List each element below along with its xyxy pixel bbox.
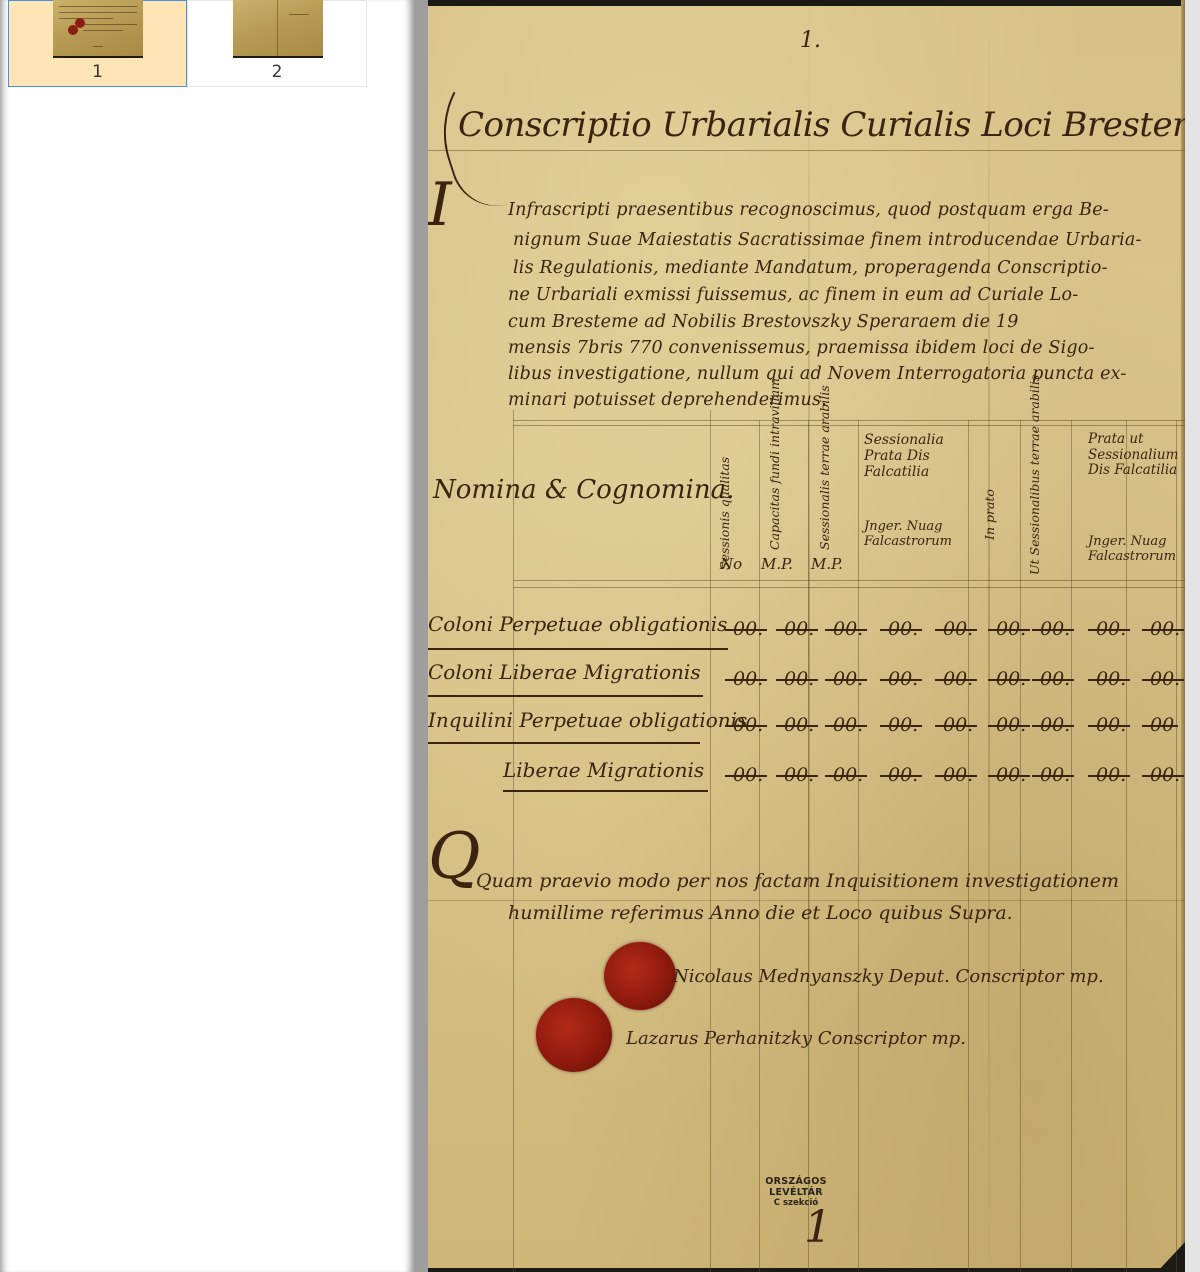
table-cell: 00.	[833, 618, 863, 640]
column-unit: Jnger. Nuag Falcastrorum	[1088, 535, 1180, 565]
body-line: lis Regulationis, mediante Mandatum, pro…	[513, 258, 1108, 278]
row-header-label: Nomina & Cognomina.	[433, 475, 734, 505]
page-scan-edge	[1181, 0, 1185, 1272]
column-header: Sessionis qualitas	[718, 430, 732, 570]
table-cell: 00.	[733, 618, 763, 640]
table-cell: 00.	[1096, 618, 1126, 640]
table-cell: 00.	[833, 764, 863, 786]
text-baseline	[428, 900, 1185, 901]
column-header: Capacitas fundi intravillani	[768, 430, 782, 550]
signature-line: Lazarus Perhanitzky Conscriptor mp.	[626, 1028, 966, 1049]
table-cell: 00.	[943, 668, 973, 690]
page-folio-mark: 1.	[800, 28, 821, 53]
table-cell: 00.	[1150, 668, 1180, 690]
column-unit: No	[720, 555, 742, 573]
table-cell: 00.	[784, 714, 814, 736]
table-rule	[513, 420, 1185, 421]
table-cell: 00.	[1150, 618, 1180, 640]
panel-divider[interactable]	[415, 0, 428, 1272]
signature-line: Nicolaus Mednyanszky Deput. Conscriptor …	[673, 966, 1104, 987]
wax-seal-icon	[536, 998, 612, 1072]
table-rule	[1071, 420, 1072, 1272]
table-rule	[513, 580, 1185, 581]
table-cell: 00.	[1096, 764, 1126, 786]
table-rule	[968, 420, 969, 1272]
table-cell: 00.	[1040, 668, 1070, 690]
table-cell: 00.	[1040, 764, 1070, 786]
table-cell: 00.	[996, 714, 1026, 736]
row-underline	[428, 695, 703, 697]
table-cell: 00.	[833, 668, 863, 690]
table-cell: 00.	[888, 668, 918, 690]
row-label: Inquilini Perpetuae obligationis	[428, 708, 747, 732]
row-label: Liberae Migrationis	[503, 758, 704, 782]
table-cell: 00.	[784, 764, 814, 786]
table-cell: 00.	[784, 668, 814, 690]
table-rule	[513, 410, 514, 1272]
table-cell: 00.	[1150, 764, 1180, 786]
body-line: nignum Suae Maiestatis Sacratissimae fin…	[513, 230, 1142, 250]
row-underline	[428, 742, 700, 744]
folio-number: 1	[804, 1202, 832, 1253]
wax-seal-icon	[604, 942, 676, 1010]
thumbnail-page-1[interactable]: 1	[8, 0, 187, 87]
initial-capital: Q	[428, 820, 480, 894]
table-cell: 00.	[784, 618, 814, 640]
table-cell: 00.	[888, 764, 918, 786]
table-rule	[710, 410, 711, 1272]
table-rule	[1020, 420, 1021, 1272]
table-cell: 00.	[1040, 714, 1070, 736]
column-unit: Jnger. Nuag Falcastrorum	[864, 520, 964, 550]
table-cell: 00.	[1040, 618, 1070, 640]
page-scan-edge	[428, 0, 1185, 6]
manuscript-page: 1. Conscriptio Urbarialis Curialis Loci …	[428, 0, 1185, 1272]
column-unit: M.P.	[811, 555, 843, 573]
table-cell: 00.	[996, 668, 1026, 690]
column-header: Prata ut Sessionalium Dis Falcatilia	[1088, 432, 1180, 479]
archive-stamp-line1: ORSZÁGOS LEVÉLTÁR	[746, 1176, 846, 1198]
table-cell: 00.	[833, 714, 863, 736]
initial-capital: I	[428, 170, 452, 240]
thumbnail-image-page-2	[233, 0, 323, 58]
document-title: Conscriptio Urbarialis Curialis Loci Bre…	[458, 105, 1185, 145]
table-rule	[513, 587, 1185, 588]
table-cell: 00.	[733, 668, 763, 690]
closing-line: humillime referimus Anno die et Loco qui…	[508, 902, 1013, 924]
table-cell: 00.	[888, 618, 918, 640]
row-label: Coloni Perpetuae obligationis	[428, 612, 727, 636]
row-underline	[428, 648, 728, 650]
body-line: mensis 7bris 770 convenissemus, praemiss…	[508, 338, 1095, 358]
table-rule	[808, 420, 809, 1272]
thumbnail-label: 2	[188, 62, 366, 82]
table-rule	[513, 425, 1185, 426]
table-cell: 00.	[1096, 714, 1126, 736]
column-unit: M.P.	[761, 555, 793, 573]
table-cell: 00.	[996, 618, 1026, 640]
thumbnail-image-page-1	[53, 0, 143, 58]
column-header: Sessionalia Prata Dis Falcatilia	[864, 432, 964, 480]
thumbnail-page-2[interactable]: 2	[187, 0, 367, 87]
body-line: ne Urbariali exmissi fuissemus, ac finem…	[508, 285, 1078, 305]
column-header: In prato	[983, 430, 997, 540]
wax-seal-icon	[68, 25, 78, 35]
column-header: Sessionalis terrae arabilis	[818, 430, 832, 550]
table-rule	[858, 420, 859, 1272]
closing-line: Quam praevio modo per nos factam Inquisi…	[476, 870, 1119, 892]
row-label: Coloni Liberae Migrationis	[428, 660, 701, 684]
body-line: Infrascripti praesentibus recognoscimus,…	[508, 200, 1109, 220]
row-underline	[503, 790, 708, 792]
table-rule	[759, 420, 760, 1272]
table-cell: 00.	[733, 714, 763, 736]
thumbnail-label: 1	[9, 62, 186, 82]
table-cell: 00.	[943, 714, 973, 736]
body-line: cum Bresteme ad Nobilis Brestovszky Sper…	[508, 312, 1019, 332]
thumbnail-sidebar: 1 2	[0, 0, 415, 1272]
document-viewer[interactable]: 1. Conscriptio Urbarialis Curialis Loci …	[428, 0, 1200, 1272]
column-header: Ut Sessionalibus terrae arabilis	[1028, 425, 1042, 575]
table-cell: 00	[1150, 714, 1174, 736]
table-cell: 00.	[888, 714, 918, 736]
paper-fold	[988, 0, 990, 1272]
table-cell: 00.	[996, 764, 1026, 786]
table-cell: 00.	[943, 618, 973, 640]
table-cell: 00.	[1096, 668, 1126, 690]
table-cell: 00.	[943, 764, 973, 786]
table-cell: 00.	[733, 764, 763, 786]
thumbnail-strip: 1 2	[8, 0, 368, 87]
